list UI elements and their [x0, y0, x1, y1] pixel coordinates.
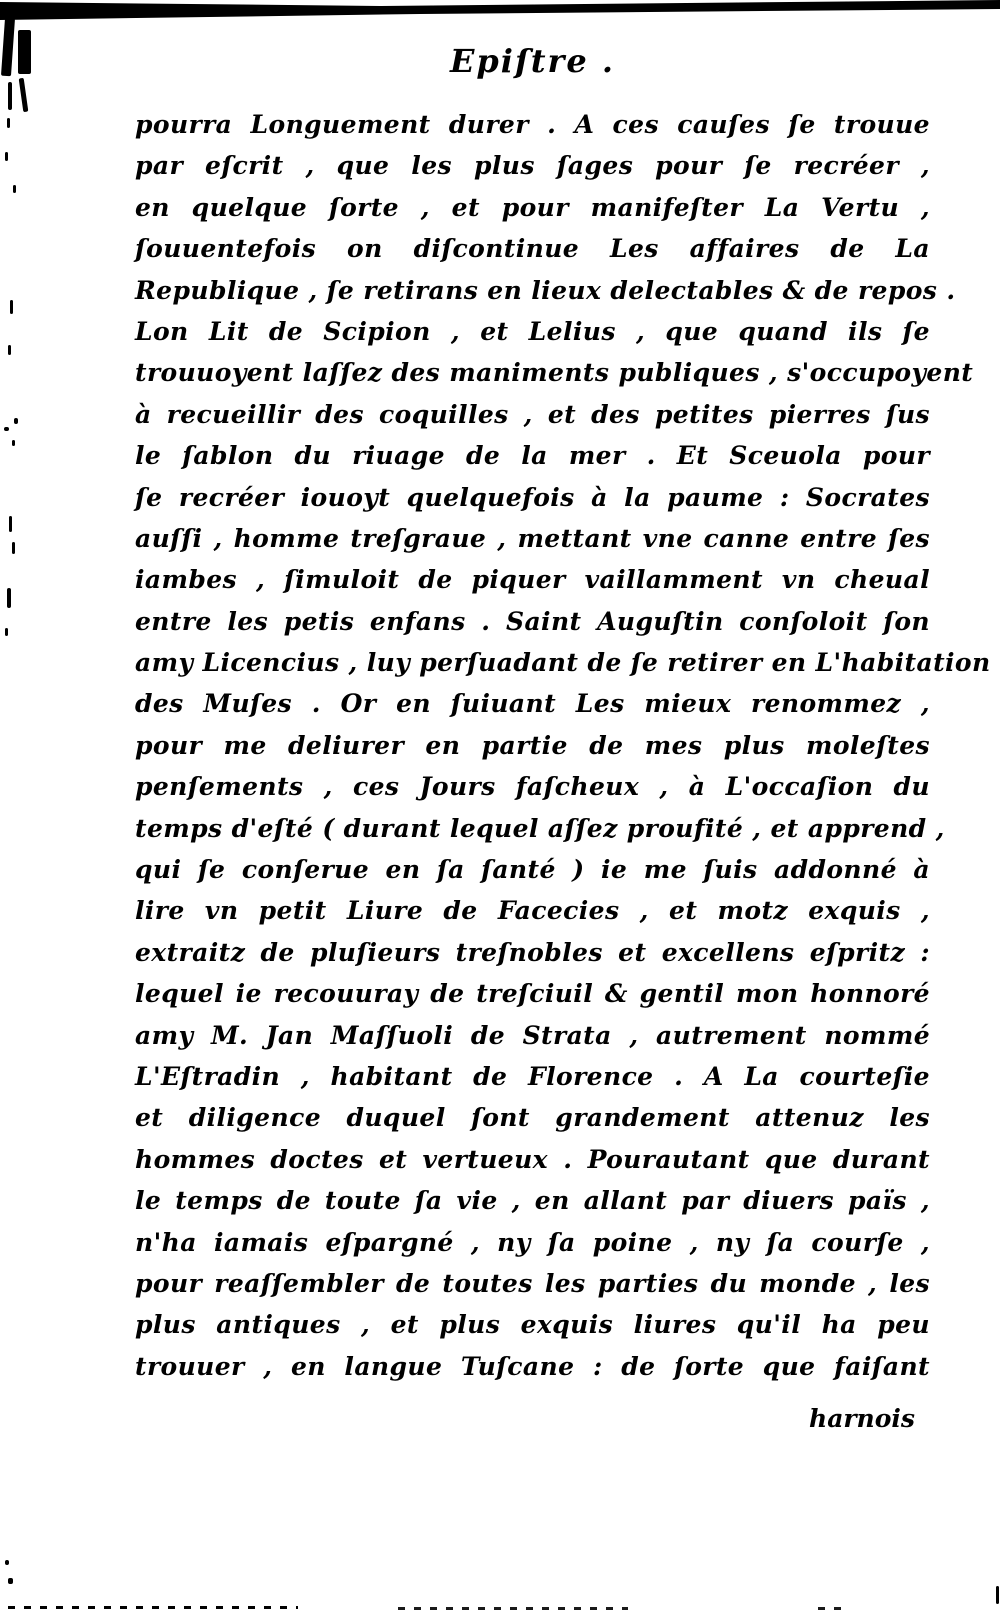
scan-edge-artifact-bottom: [398, 1607, 628, 1610]
text-line: lequel ie recouuray de treſciuil & genti…: [135, 973, 930, 1014]
text-line: penſements , ces Jours faſcheux , à L'oc…: [135, 766, 930, 807]
scan-artifact: [5, 152, 8, 161]
text-line: plus antiques , et plus exquis liures qu…: [135, 1304, 930, 1345]
text-line: lire vn petit Liure de Facecies , et mot…: [135, 890, 930, 931]
text-line: en quelque ſorte , et pour manifeſter La…: [135, 187, 930, 228]
text-line: ſouuentefois on diſcontinue Les affaires…: [135, 228, 930, 269]
scan-artifact: [12, 542, 15, 554]
scan-artifact: [19, 78, 29, 112]
text-line: pour reaſſembler de toutes les parties d…: [135, 1263, 930, 1304]
text-line: amy M. Jan Maſſuoli de Strata , autremen…: [135, 1015, 930, 1056]
text-line: pourra Longuement durer . A ces cauſes ſ…: [135, 104, 930, 145]
scan-artifact: [10, 300, 13, 314]
text-line: trouuer , en langue Tuſcane : de ſorte q…: [135, 1346, 930, 1387]
text-line: amy Licencius , luy perſuadant de ſe ret…: [135, 642, 930, 683]
scan-artifact: [1, 18, 15, 77]
scan-artifact: [14, 418, 18, 424]
text-line: à recueillir des coquilles , et des peti…: [135, 394, 930, 435]
text-line: le ſablon du riuage de la mer . Et Sceuo…: [135, 435, 930, 476]
scan-artifact: [8, 345, 11, 355]
scan-artifact: [7, 588, 11, 608]
top-bar-shape: [0, 0, 1000, 22]
text-line: trouuoyent laſſez des maniments publique…: [135, 352, 930, 393]
catchword: harnois: [135, 1398, 915, 1439]
text-line: n'ha iamais eſpargné , ny ſa poine , ny …: [135, 1222, 930, 1263]
scan-artifact: [4, 427, 9, 431]
text-line: iambes , ſimuloit de piquer vaillamment …: [135, 559, 930, 600]
text-line: des Muſes . Or en ſuiuant Les mieux reno…: [135, 683, 930, 724]
text-line: par eſcrit , que les plus ſages pour ſe …: [135, 145, 930, 186]
text-line: temps d'eſté ( durant lequel aſſez prouf…: [135, 808, 930, 849]
scan-artifact: [13, 185, 16, 193]
scan-artifact: [8, 1578, 13, 1584]
text-line: hommes doctes et vertueux . Pourautant q…: [135, 1139, 930, 1180]
text-line: Lon Lit de Scipion , et Lelius , que qua…: [135, 311, 930, 352]
text-line: et diligence duquel ſont grandement atte…: [135, 1097, 930, 1138]
scan-edge-artifact-bottom: [8, 1606, 298, 1609]
text-line: auſſi , homme treſgraue , mettant vne ca…: [135, 518, 930, 559]
scan-artifact: [5, 1560, 9, 1565]
page-heading: Epiſtre .: [135, 42, 930, 80]
text-line: extraitz de pluſieurs treſnobles et exce…: [135, 932, 930, 973]
text-line: qui ſe conſerue en ſa ſanté ) ie me ſuis…: [135, 849, 930, 890]
scan-artifact: [9, 516, 12, 532]
scan-artifact: [5, 628, 8, 636]
scan-edge-artifact-bottom: [818, 1607, 848, 1610]
scan-edge-artifact-top: [0, 0, 1000, 22]
scan-artifact: [7, 118, 10, 128]
scanned-page: Epiſtre . pourra Longuement durer . A ce…: [0, 0, 1000, 1614]
scan-artifact: [12, 440, 15, 446]
scan-artifact: [18, 30, 31, 74]
scan-artifact: [8, 82, 12, 110]
scan-artifact: [996, 1586, 999, 1604]
text-line: pour me deliurer en partie de mes plus m…: [135, 725, 930, 766]
text-line: le temps de toute ſa vie , en allant par…: [135, 1180, 930, 1221]
text-line: entre les petis enfans . Saint Auguſtin …: [135, 601, 930, 642]
text-line: L'Eſtradin , habitant de Florence . A La…: [135, 1056, 930, 1097]
text-block: pourra Longuement durer . A ces cauſes ſ…: [135, 104, 930, 1387]
text-line: ſe recréer iouoyt quelquefois à la paume…: [135, 477, 930, 518]
text-line: Republique , ſe retirans en lieux delect…: [135, 270, 930, 311]
